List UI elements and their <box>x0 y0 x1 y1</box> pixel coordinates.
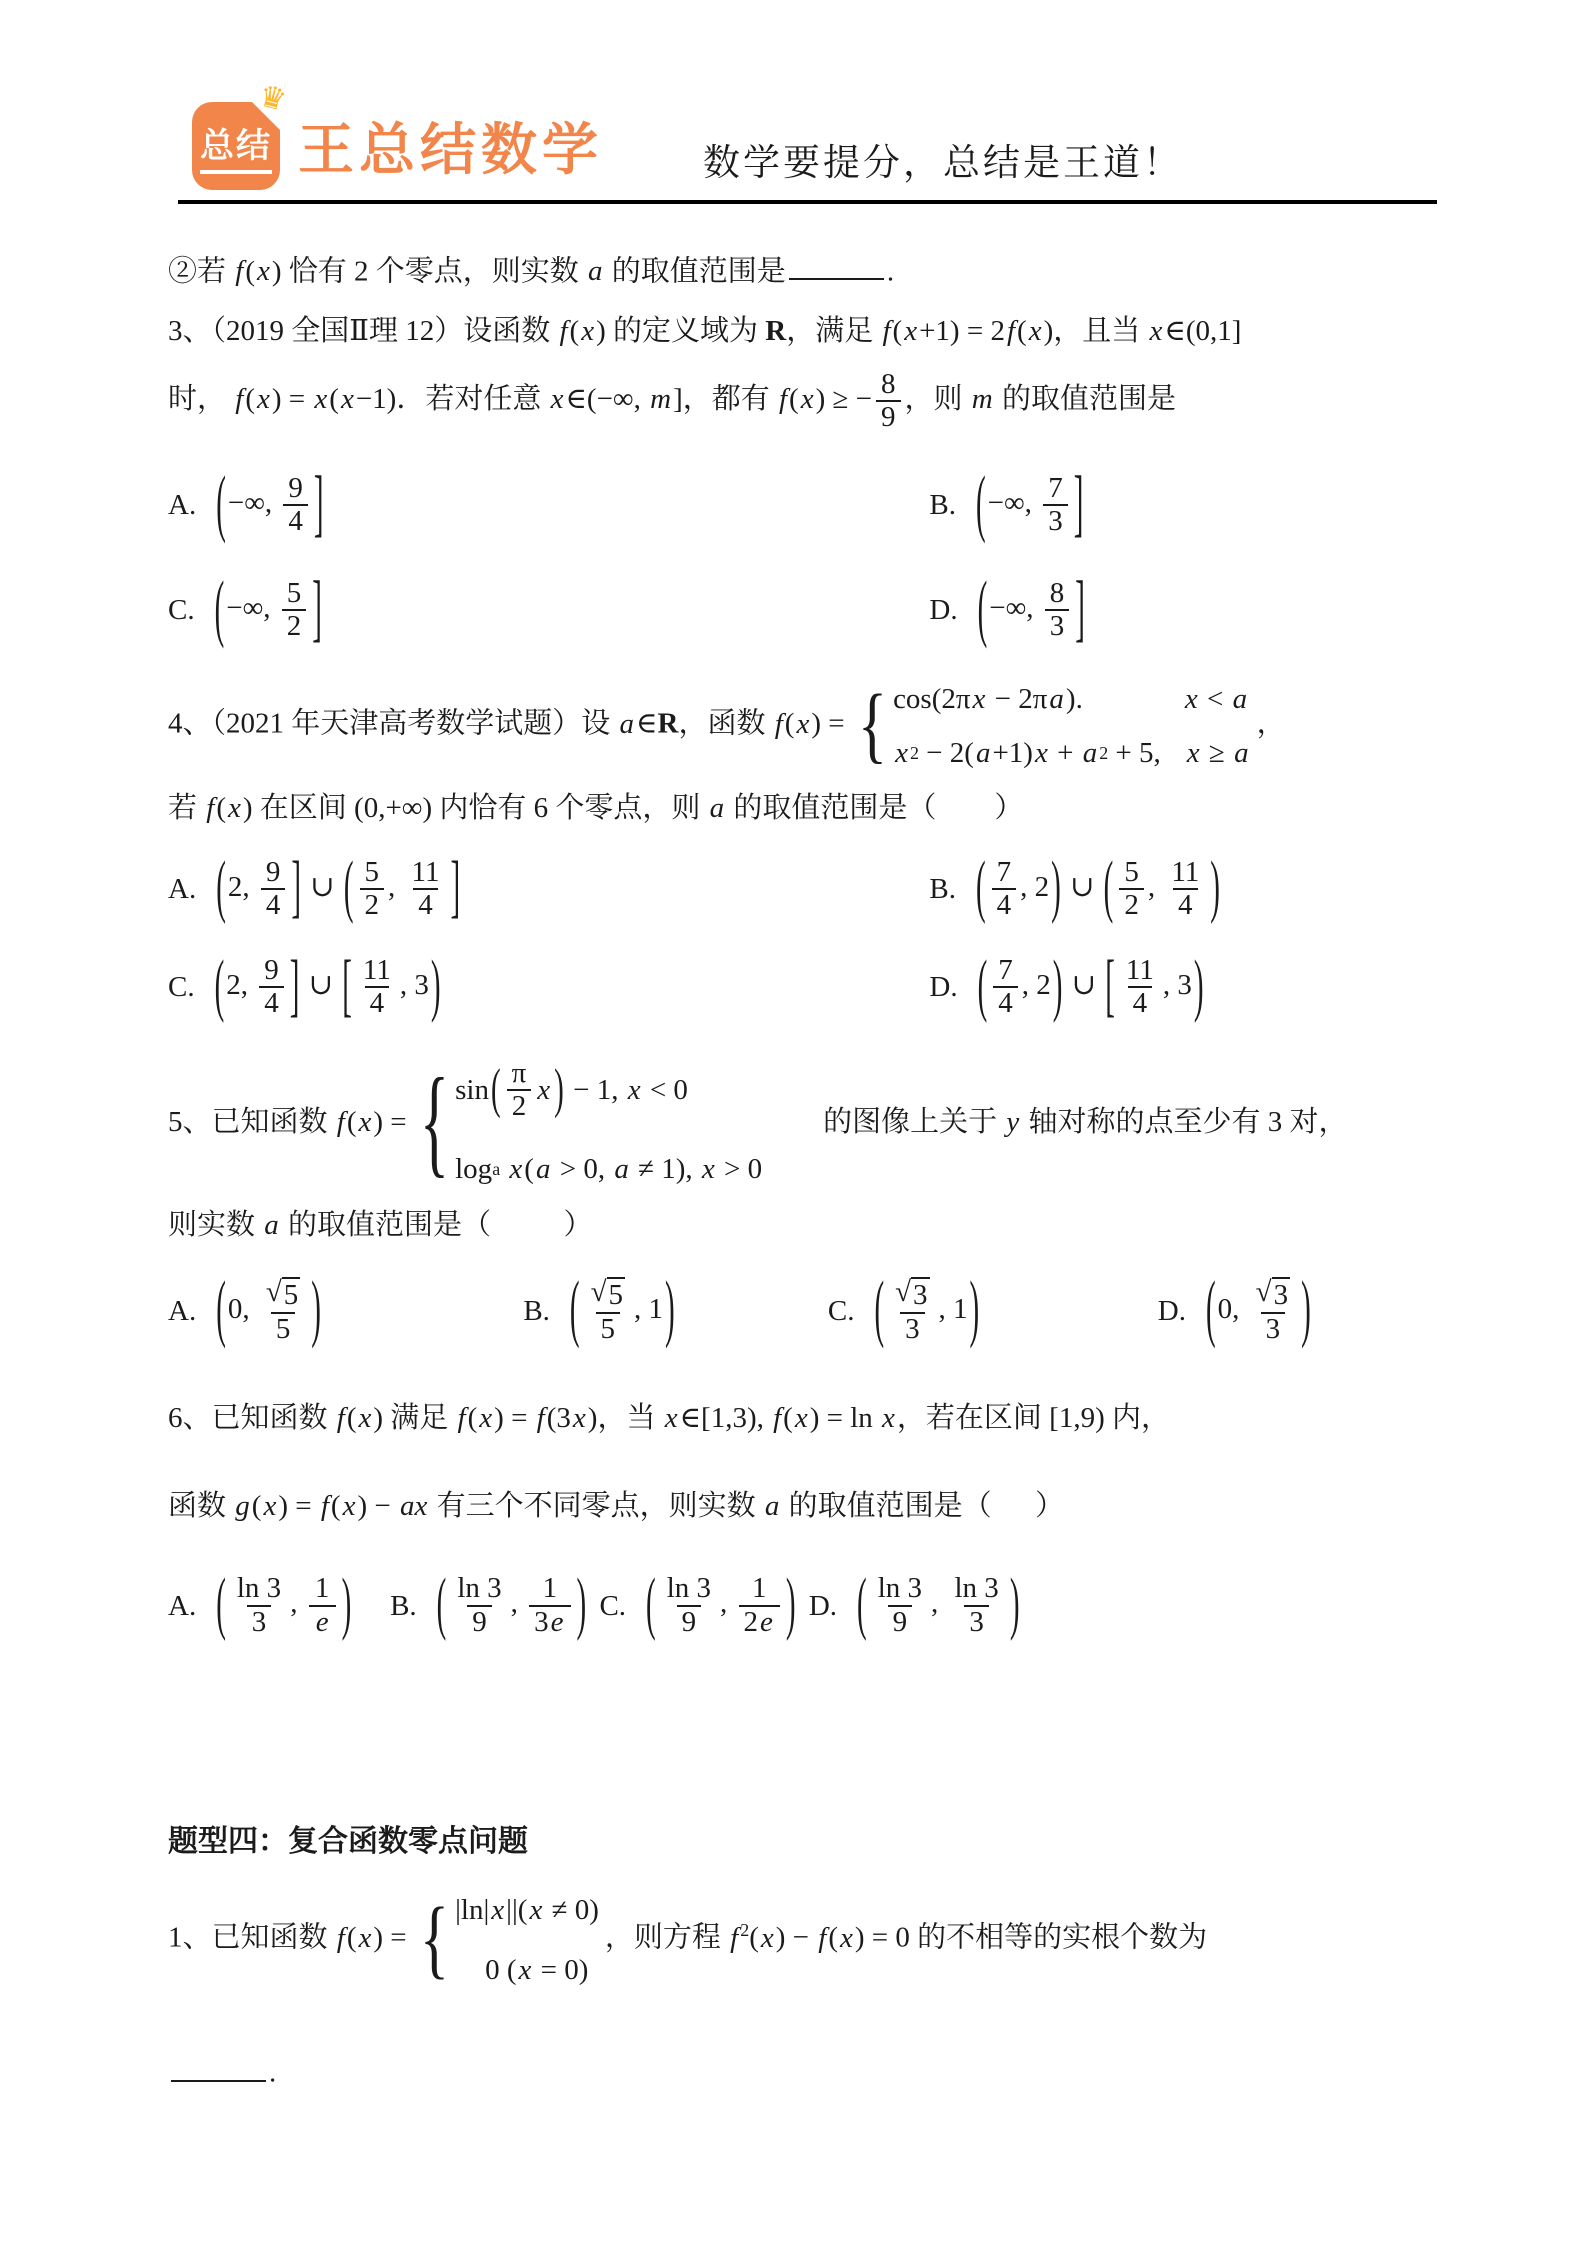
option-label: B. <box>929 868 956 910</box>
option-label: C. <box>828 1290 855 1332</box>
fraction: 114 <box>358 955 396 1020</box>
option-label: B. <box>390 1585 417 1627</box>
fraction: 94 <box>261 857 286 922</box>
problem4-options-row1-option-B: B.(74, 2) ∪ (52, 114) <box>929 857 1437 922</box>
problem6-options-row-option-A: A.(ln 33, 1e) <box>168 1573 390 1638</box>
crown-icon: ♛ <box>256 81 289 117</box>
sqrt: √5 <box>591 1277 625 1312</box>
brand-logo: 总结 ♛ 王总结数学 <box>192 102 603 190</box>
answer-blank <box>171 2049 266 2081</box>
fraction: 52 <box>282 578 307 643</box>
fraction: √33 <box>890 1277 934 1346</box>
answer-blank <box>789 248 884 280</box>
problem6-line1: 6、已知函数 f(x) 满足 f(x) = f(3x)，当 x∈[1,3), f… <box>168 1397 1437 1439</box>
fraction: 73 <box>1043 473 1068 538</box>
problem5-options-row: A.(0, √55)B.(√55, 1)C.(√33, 1)D.(0, √33) <box>168 1263 1437 1360</box>
fraction: ln 39 <box>452 1573 506 1638</box>
option-label: D. <box>929 966 957 1008</box>
problem4-options-row2-option-D: D.(74, 2) ∪ [114, 3) <box>929 955 1437 1020</box>
fraction: √55 <box>261 1277 305 1346</box>
option-label: A. <box>168 1585 196 1627</box>
worksheet-page: 总结 ♛ 王总结数学 数学要提分，总结是王道！ ②若 f(x) 恰有 2 个零点… <box>0 0 1587 2245</box>
fraction: 1e <box>309 1573 336 1638</box>
fraction: 13e <box>529 1573 570 1638</box>
fraction: 94 <box>259 955 284 1020</box>
problem6-options-row: A.(ln 33, 1e)B.(ln 39, 13e)C.(ln 39, 12e… <box>168 1559 1437 1652</box>
problem4-options-row1: A.(2, 94] ∪ (52, 114]B.(74, 2) ∪ (52, 11… <box>168 843 1437 936</box>
option-label: C. <box>599 1585 626 1627</box>
problem4-options-row1-option-A: A.(2, 94] ∪ (52, 114] <box>168 857 929 922</box>
fraction: √33 <box>1251 1277 1295 1346</box>
problem4-options-row2: C.(2, 94] ∪ [114, 3)D.(74, 2) ∪ [114, 3) <box>168 941 1437 1034</box>
fraction: 74 <box>992 857 1017 922</box>
section4-title: 题型四：复合函数零点问题 <box>168 1820 1437 1864</box>
problem6-line2: 函数 g(x) = f(x) − ax 有三个不同零点，则实数 a 的取值范围是… <box>168 1485 1437 1527</box>
sqrt: √5 <box>266 1277 300 1312</box>
option-label: B. <box>929 484 956 526</box>
fraction: ln 39 <box>662 1573 716 1638</box>
option-label: B. <box>523 1290 550 1332</box>
problem4-options-row2-option-C: C.(2, 94] ∪ [114, 3) <box>168 955 929 1020</box>
fraction: 89 <box>876 369 901 434</box>
sqrt: √3 <box>895 1277 929 1312</box>
problem6-options-row-option-D: D.(ln 39, ln 33) <box>809 1573 1437 1638</box>
problem5-options-row-option-D: D.(0, √33) <box>1158 1277 1437 1346</box>
fraction: ln 39 <box>873 1573 927 1638</box>
problem3-options-row1: A.(−∞, 94]B.(−∞, 73] <box>168 459 1437 552</box>
piecewise-function: {cos(2πx − 2πa).x < ax2 − 2(a+1)x + a2 +… <box>858 678 1251 774</box>
problem5-line1: 5、已知函数 f(x) = {sin(π2x) − 1, x < 0loga x… <box>168 1058 1437 1191</box>
header-slogan: 数学要提分，总结是王道！ <box>703 132 1183 190</box>
problem3-line2: 时， f(x) = x(x−1)．若对任意 x∈(−∞, m]，都有 f(x) … <box>168 369 1437 434</box>
option-label: D. <box>929 589 957 631</box>
problem6-options-row-option-C: C.(ln 39, 12e) <box>599 1573 808 1638</box>
problem-t4-1-line: 1、已知函数 f(x) = {|ln|x||(x ≠ 0)0 (x = 0)，则… <box>168 1889 1437 1991</box>
problem3-options-row1-option-A: A.(−∞, 94] <box>168 473 929 538</box>
option-label: A. <box>168 1290 196 1332</box>
document-body: ②若 f(x) 恰有 2 个零点，则实数 a 的取值范围是.3、（2019 全国… <box>168 248 1437 2094</box>
problem6-options-row-option-B: B.(ln 39, 13e) <box>390 1573 599 1638</box>
option-label: D. <box>809 1585 837 1627</box>
problem2-part2-line: ②若 f(x) 恰有 2 个零点，则实数 a 的取值范围是. <box>168 248 1437 292</box>
fraction: 114 <box>407 857 445 922</box>
fraction: 52 <box>360 857 385 922</box>
fraction: 74 <box>993 955 1018 1020</box>
logo-title: 王总结数学 <box>298 106 603 186</box>
fraction: 12e <box>739 1573 780 1638</box>
fraction: ln 33 <box>950 1573 1004 1638</box>
fraction: 83 <box>1045 578 1070 643</box>
logo-badge: 总结 ♛ <box>192 102 280 190</box>
fraction: 94 <box>283 473 308 538</box>
option-label: C. <box>168 589 195 631</box>
problem3-line1: 3、（2019 全国Ⅱ理 12）设函数 f(x) 的定义域为 R，满足 f(x+… <box>168 310 1437 352</box>
piecewise-function: {|ln|x||(x ≠ 0)0 (x = 0) <box>420 1889 599 1991</box>
sqrt: √3 <box>1256 1277 1290 1312</box>
fraction: π2 <box>507 1058 532 1123</box>
problem-t4-1-blank-line: . <box>168 2049 1437 2093</box>
option-label: D. <box>1158 1290 1186 1332</box>
option-label: A. <box>168 868 196 910</box>
option-label: A. <box>168 484 196 526</box>
problem5-options-row-option-A: A.(0, √55) <box>168 1277 523 1346</box>
fraction: √55 <box>586 1277 630 1346</box>
fraction: 52 <box>1119 857 1144 922</box>
problem4-line1: 4、（2021 年天津高考数学试题）设 a∈R，函数 f(x) = {cos(2… <box>168 678 1437 774</box>
fraction: ln 33 <box>232 1573 286 1638</box>
problem5-options-row-option-C: C.(√33, 1) <box>828 1277 1158 1346</box>
fraction: 114 <box>1121 955 1159 1020</box>
problem3-options-row2-option-C: C.(−∞, 52] <box>168 578 929 643</box>
fraction: 114 <box>1166 857 1204 922</box>
piecewise-function: {sin(π2x) − 1, x < 0loga x(a > 0, a ≠ 1)… <box>420 1058 762 1191</box>
problem5-options-row-option-B: B.(√55, 1) <box>523 1277 828 1346</box>
problem3-options-row1-option-B: B.(−∞, 73] <box>929 473 1437 538</box>
problem3-options-row2: C.(−∞, 52]D.(−∞, 83] <box>168 564 1437 657</box>
problem3-options-row2-option-D: D.(−∞, 83] <box>929 578 1437 643</box>
problem4-line2: 若 f(x) 在区间 (0,+∞) 内恰有 6 个零点，则 a 的取值范围是（ … <box>168 787 1437 829</box>
option-label: C. <box>168 966 195 1008</box>
page-header: 总结 ♛ 王总结数学 数学要提分，总结是王道！ <box>178 102 1437 204</box>
problem5-line2: 则实数 a 的取值范围是（ ） <box>168 1204 1437 1246</box>
